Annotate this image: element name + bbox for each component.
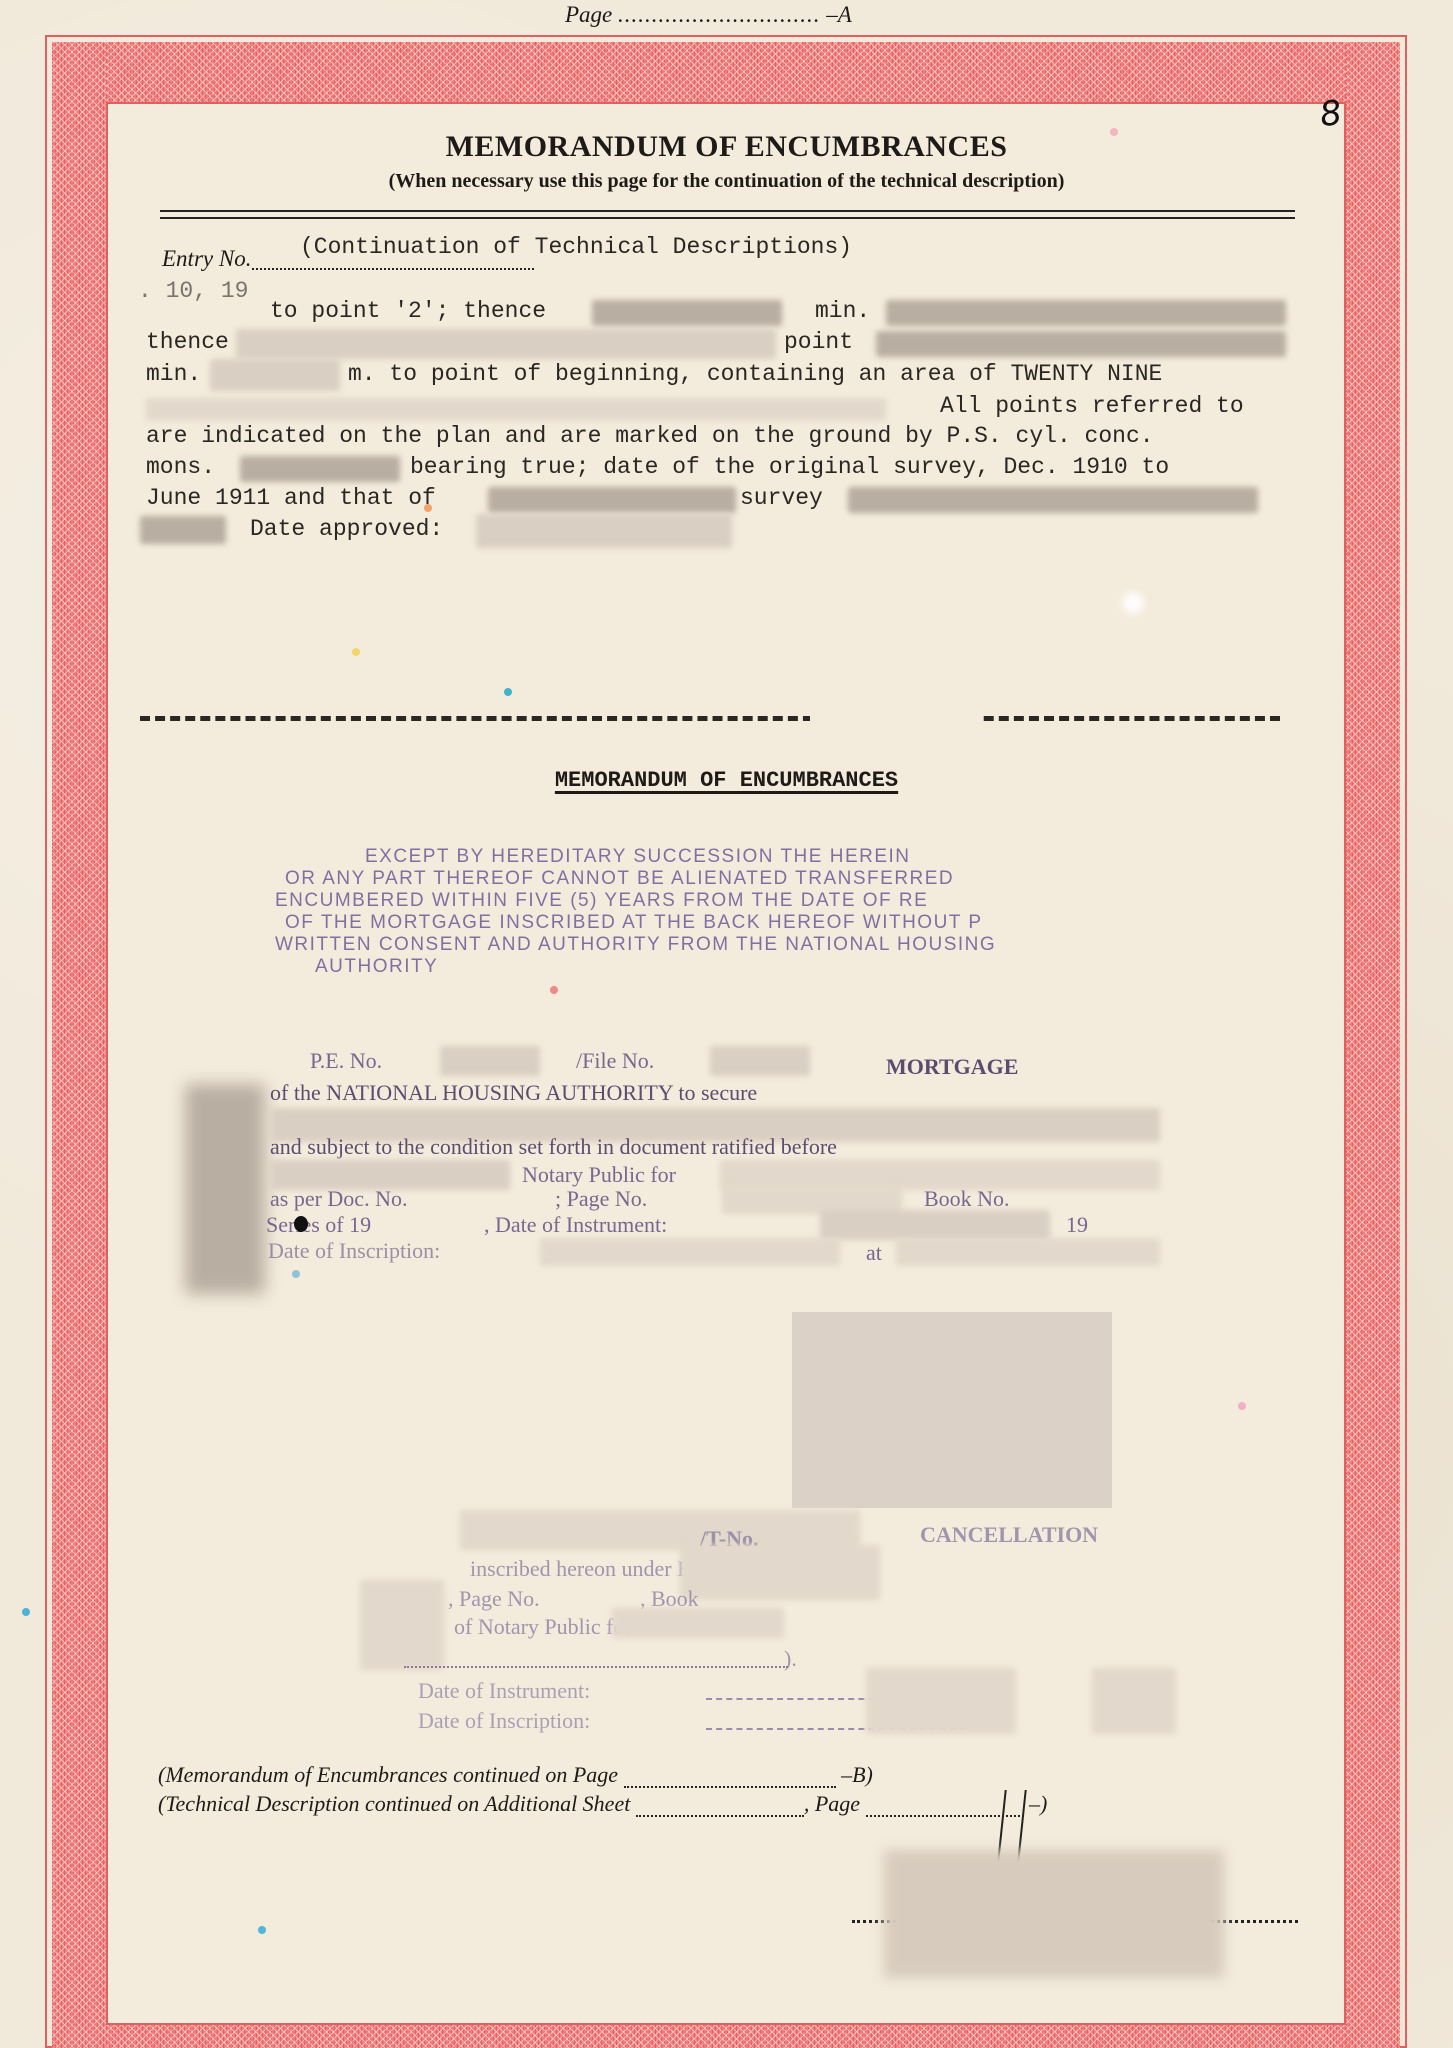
tech-line-4: All points referred to — [940, 393, 1244, 419]
tech-line-3b: m. to point of beginning, containing an … — [348, 361, 1162, 387]
redacted-area-words — [146, 398, 886, 420]
redacted-cancel-date-1 — [866, 1668, 1016, 1734]
date-instrument-label: , Date of Instrument: — [484, 1212, 667, 1238]
redacted-subdivision — [488, 487, 736, 513]
header-rule-top — [160, 210, 1295, 212]
redacted-date-inscription — [540, 1238, 840, 1266]
page-label-prefix: Page — [565, 2, 612, 27]
stamp-line-2: ENCUMBERED WITHIN FIVE (5) YEARS FROM TH… — [275, 890, 1095, 912]
restriction-stamp: EXCEPT BY HEREDITARY SUCCESSION THE HERE… — [275, 846, 1095, 978]
document-subtitle: (When necessary use this page for the co… — [0, 170, 1453, 193]
border-band-bottom — [52, 2025, 1400, 2048]
tech-line-2b: point — [784, 329, 853, 355]
redacted-file-no — [710, 1046, 810, 1076]
border-band-right — [1346, 42, 1400, 2048]
document-title: MEMORANDUM OF ENCUMBRANCES — [0, 130, 1453, 164]
redacted-pe-no — [440, 1046, 540, 1076]
page-label-dots: .............................. — [618, 2, 821, 27]
tech-line-7a: June 1911 and that of — [146, 485, 436, 511]
pe-no-label: P.E. No. — [310, 1048, 382, 1074]
doc-no-label: as per Doc. No. — [270, 1186, 407, 1212]
stamp-line-4: WRITTEN CONSENT AND AUTHORITY FROM THE N… — [275, 934, 1095, 956]
redacted-bearing-1 — [592, 300, 782, 326]
redacted-monument-size — [240, 456, 400, 482]
book-no-label: Book No. — [924, 1186, 1010, 1212]
tech-line-0: . 10, 19 — [138, 278, 248, 304]
page-label-suffix: –A — [826, 2, 852, 27]
tech-line-3a: min. — [146, 361, 201, 387]
cancel-dotline — [404, 1666, 788, 1668]
page-label: Page .............................. –A — [565, 2, 852, 28]
redacted-survey-dates — [848, 487, 1258, 513]
redacted-distance-1 — [886, 300, 1286, 326]
header-rule-bottom — [160, 217, 1295, 219]
tech-line-8: Date approved: — [250, 516, 443, 542]
redacted-bearing-3 — [876, 331, 1286, 357]
stamp-line-1: OR ANY PART THEREOF CANNOT BE ALIENATED … — [275, 868, 1095, 890]
redacted-block — [792, 1312, 1112, 1508]
section-separator — [140, 716, 1280, 721]
condition-line: and subject to the condition set forth i… — [270, 1134, 837, 1160]
redacted-date-instrument — [820, 1210, 1050, 1240]
cancel-notary-label: of Notary Public for — [454, 1614, 632, 1640]
cancel-page-no-label: , Page No. — [448, 1586, 540, 1612]
at-label: at — [866, 1240, 882, 1266]
border-band-left — [52, 42, 106, 2048]
border-band-top — [52, 42, 1400, 102]
redacted-bearing-2 — [236, 329, 776, 359]
date-inscription-label: Date of Inscription: — [268, 1238, 440, 1264]
year-nineteen: 19 — [1066, 1212, 1088, 1238]
encumbrances-heading: MEMORANDUM OF ENCUMBRANCES — [0, 768, 1453, 793]
redacted-distance-2 — [210, 359, 340, 391]
tech-line-6a: mons. — [146, 454, 215, 480]
file-no-label: /File No. — [576, 1048, 654, 1074]
cancellation-label: CANCELLATION — [920, 1522, 1098, 1548]
memorandum-continued: (Memorandum of Encumbrances continued on… — [158, 1762, 873, 1788]
memorandum-continued-text: (Memorandum of Encumbrances continued on… — [158, 1762, 618, 1787]
technical-continued: (Technical Description continued on Addi… — [158, 1791, 1047, 1817]
technical-continued-text: (Technical Description continued on Addi… — [158, 1791, 630, 1816]
notary-label: Notary Public for — [522, 1162, 676, 1188]
redacted-signature — [884, 1850, 1224, 1978]
continuation-heading: (Continuation of Technical Descriptions) — [300, 234, 852, 260]
tech-line-2a: thence — [146, 329, 229, 355]
tech-line-1b: min. — [815, 298, 870, 324]
redacted-entry-no — [680, 1545, 880, 1600]
redacted-year — [140, 516, 226, 544]
cancel-date-inscription-label: Date of Inscription: — [418, 1708, 590, 1734]
tech-line-7b: survey — [740, 485, 823, 511]
redacted-date-approved — [476, 514, 732, 548]
technical-continued-suffix: –) — [1029, 1791, 1047, 1816]
memorandum-continued-suffix: –B) — [841, 1762, 873, 1787]
cancel-close-paren: ). — [784, 1646, 797, 1672]
tech-line-6b: bearing true; date of the original surve… — [410, 454, 1169, 480]
cancel-date-instrument-label: Date of Instrument: — [418, 1678, 590, 1704]
mortgage-label: MORTGAGE — [886, 1054, 1018, 1080]
tech-line-5: are indicated on the plan and are marked… — [146, 423, 1154, 449]
redacted-cancel-notary — [612, 1608, 784, 1638]
separator-gap — [810, 708, 980, 726]
redacted-inscription-time — [896, 1238, 1160, 1266]
stamp-line-5: AUTHORITY — [275, 956, 1095, 978]
entry-no-label: Entry No. — [162, 246, 251, 272]
nha-line: of the NATIONAL HOUSING AUTHORITY to sec… — [270, 1080, 757, 1106]
page-no-label: ; Page No. — [555, 1186, 647, 1212]
technical-continued-page-label: Page — [815, 1791, 860, 1816]
tech-line-1a: to point '2'; thence — [270, 298, 546, 324]
stamp-line-0: EXCEPT BY HEREDITARY SUCCESSION THE HERE… — [275, 846, 1095, 868]
series-label: Series of 19 — [266, 1212, 371, 1238]
redacted-side-note — [185, 1084, 265, 1294]
redacted-cancel-header — [460, 1510, 860, 1550]
redacted-doc-no — [360, 1580, 444, 1670]
redacted-cancel-date-2 — [1092, 1668, 1176, 1734]
stamp-line-3: OF THE MORTGAGE INSCRIBED AT THE BACK HE… — [275, 912, 1095, 934]
